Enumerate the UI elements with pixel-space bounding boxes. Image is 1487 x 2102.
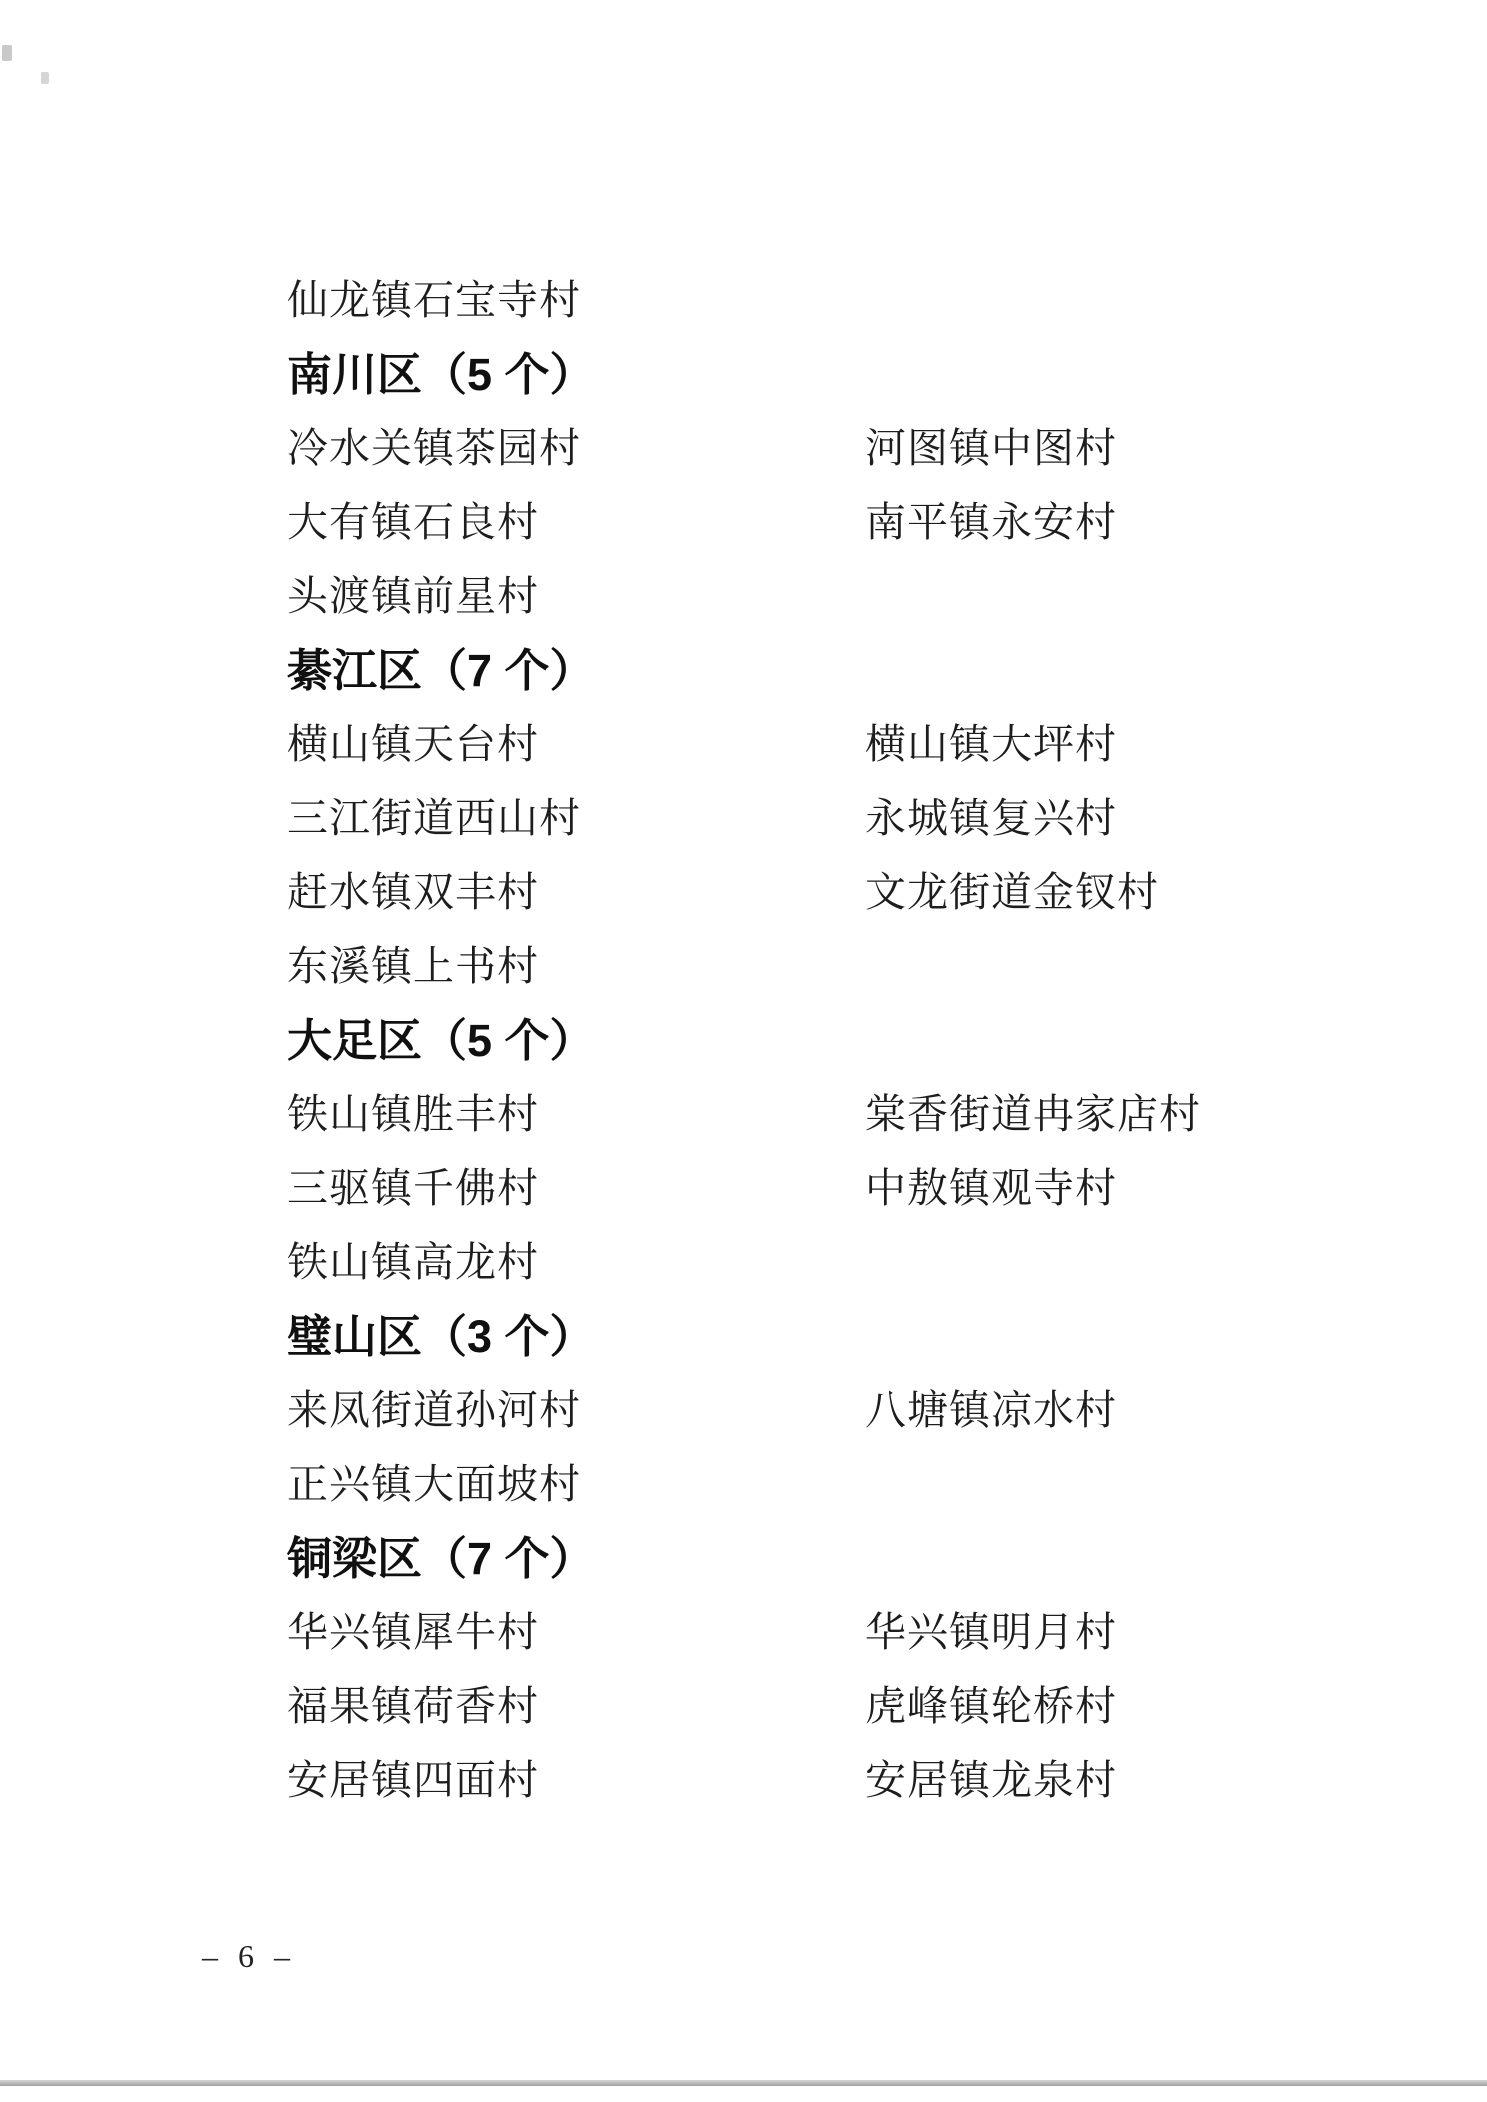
village-name-right: 文龙街道金钗村	[865, 859, 1159, 918]
village-entry-row: 来凤街道孙河村 八塘镇凉水村	[0, 1369, 1487, 1443]
village-name-right: 棠香街道冉家店村	[865, 1081, 1201, 1140]
village-entry-row: 东溪镇上书村	[0, 925, 1487, 999]
village-name-left: 三驱镇千佛村	[287, 1155, 865, 1214]
village-entry-row: 华兴镇犀牛村 华兴镇明月村	[0, 1591, 1487, 1665]
district-header-label: 铜梁区（7 个）	[287, 1522, 595, 1587]
village-entry-row: 头渡镇前星村	[0, 555, 1487, 629]
district-header-row: 璧山区（3 个）	[0, 1295, 1487, 1369]
village-entry-row: 安居镇四面村 安居镇龙泉村	[0, 1739, 1487, 1813]
district-header-label: 綦江区（7 个）	[287, 634, 595, 699]
district-header-row: 南川区（5 个）	[0, 333, 1487, 407]
village-entry-row: 冷水关镇茶园村 河图镇中图村	[0, 407, 1487, 481]
village-name-left: 冷水关镇茶园村	[287, 415, 865, 474]
district-header-row: 铜梁区（7 个）	[0, 1517, 1487, 1591]
village-name-left: 安居镇四面村	[287, 1747, 865, 1806]
district-header-label: 大足区（5 个）	[287, 1004, 595, 1069]
village-name-right: 安居镇龙泉村	[865, 1747, 1117, 1806]
village-name-left: 铁山镇高龙村	[287, 1229, 865, 1288]
district-header-label: 南川区（5 个）	[287, 338, 595, 403]
village-entry-row: 正兴镇大面坡村	[0, 1443, 1487, 1517]
scan-artifact	[41, 72, 49, 84]
village-name-right: 中敖镇观寺村	[865, 1155, 1117, 1214]
village-name-left: 福果镇荷香村	[287, 1673, 865, 1732]
district-header-row: 綦江区（7 个）	[0, 629, 1487, 703]
village-entry-row: 三江街道西山村 永城镇复兴村	[0, 777, 1487, 851]
village-entry-row: 大有镇石良村 南平镇永安村	[0, 481, 1487, 555]
village-name-right: 河图镇中图村	[865, 415, 1117, 474]
village-entry-row: 赶水镇双丰村 文龙街道金钗村	[0, 851, 1487, 925]
village-name-left: 来凤街道孙河村	[287, 1377, 865, 1436]
village-entry-row: 三驱镇千佛村 中敖镇观寺村	[0, 1147, 1487, 1221]
village-name-left: 铁山镇胜丰村	[287, 1081, 865, 1140]
village-entry-row: 仙龙镇石宝寺村	[0, 259, 1487, 333]
village-name-right: 南平镇永安村	[865, 489, 1117, 548]
village-name-left: 头渡镇前星村	[287, 563, 865, 622]
village-entry-row: 铁山镇胜丰村 棠香街道冉家店村	[0, 1073, 1487, 1147]
district-header-label: 璧山区（3 个）	[287, 1300, 595, 1365]
village-list: 仙龙镇石宝寺村 南川区（5 个） 冷水关镇茶园村 河图镇中图村 大有镇石良村 南…	[0, 259, 1487, 1813]
village-entry-row: 福果镇荷香村 虎峰镇轮桥村	[0, 1665, 1487, 1739]
village-name-left: 仙龙镇石宝寺村	[287, 267, 865, 326]
village-name-right: 虎峰镇轮桥村	[865, 1673, 1117, 1732]
village-entry-row: 横山镇天台村 横山镇大坪村	[0, 703, 1487, 777]
village-name-left: 三江街道西山村	[287, 785, 865, 844]
village-name-left: 横山镇天台村	[287, 711, 865, 770]
village-name-right: 永城镇复兴村	[865, 785, 1117, 844]
village-name-left: 大有镇石良村	[287, 489, 865, 548]
village-name-right: 八塘镇凉水村	[865, 1377, 1117, 1436]
scan-bottom-edge-line	[0, 2080, 1487, 2086]
page-number: – 6 –	[202, 1938, 296, 1975]
village-name-left: 东溪镇上书村	[287, 933, 865, 992]
document-page: 仙龙镇石宝寺村 南川区（5 个） 冷水关镇茶园村 河图镇中图村 大有镇石良村 南…	[0, 0, 1487, 2102]
village-name-right: 华兴镇明月村	[865, 1599, 1117, 1658]
village-name-left: 赶水镇双丰村	[287, 859, 865, 918]
district-header-row: 大足区（5 个）	[0, 999, 1487, 1073]
village-name-left: 华兴镇犀牛村	[287, 1599, 865, 1658]
village-name-left: 正兴镇大面坡村	[287, 1451, 865, 1510]
scan-artifact	[2, 45, 12, 61]
village-name-right: 横山镇大坪村	[865, 711, 1117, 770]
village-entry-row: 铁山镇高龙村	[0, 1221, 1487, 1295]
